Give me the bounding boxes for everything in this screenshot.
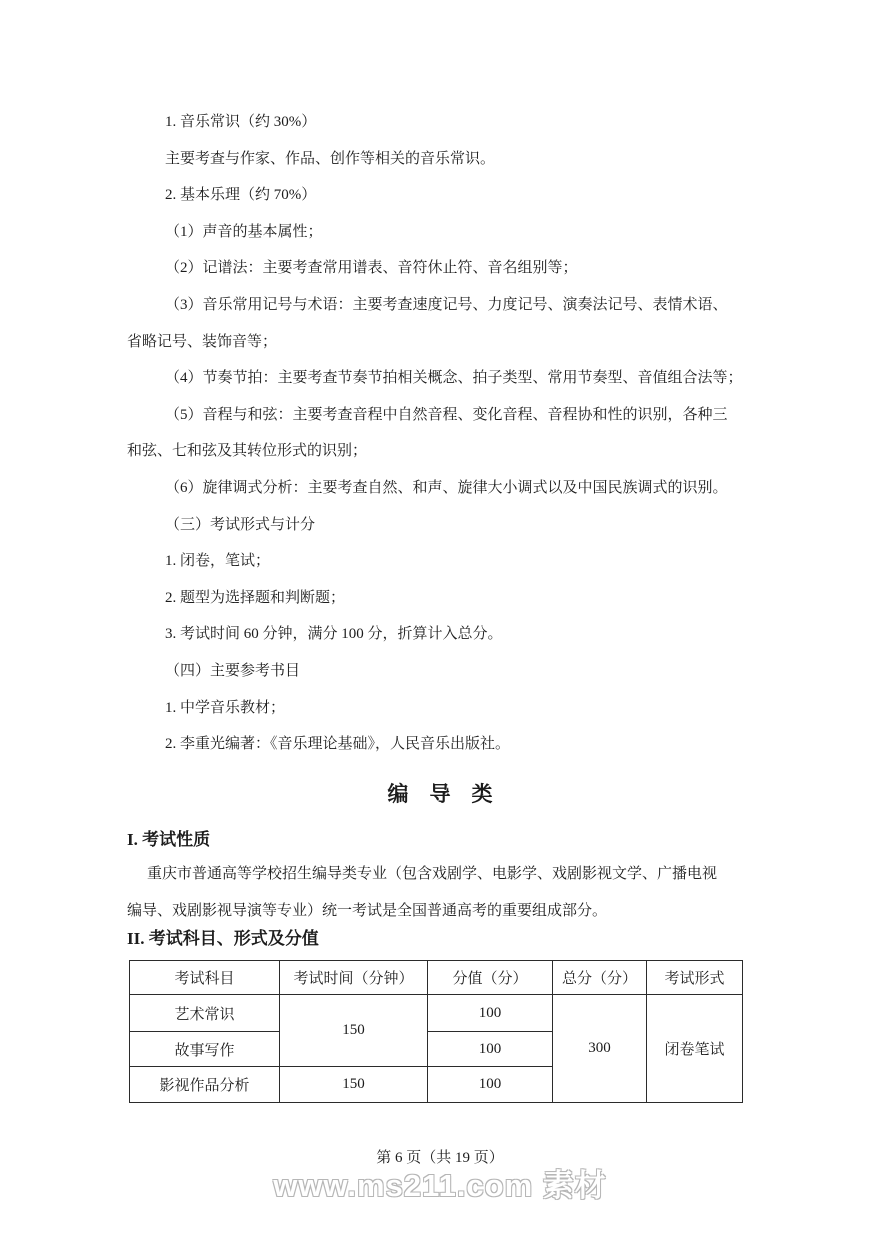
heading-exam-subjects: II. 考试科目、形式及分值: [127, 926, 319, 952]
table-cell-score: 100: [428, 1032, 553, 1067]
body-line: （6）旋律调式分析：主要考查自然、和声、旋律大小调式以及中国民族调式的识别。: [127, 470, 777, 507]
body-line: 编导、戏剧影视导演等专业）统一考试是全国普通高考的重要组成部分。: [127, 893, 777, 930]
body-line: 和弦、七和弦及其转位形式的识别；: [127, 433, 777, 470]
table-header-cell: 总分（分）: [553, 961, 647, 995]
scores-table: 考试科目 考试时间（分钟） 分值（分） 总分（分） 考试形式 艺术常识 150 …: [129, 960, 743, 1103]
document-page: 1. 音乐常识（约 30%） 主要考查与作家、作品、创作等相关的音乐常识。 2.…: [0, 0, 880, 1244]
body-line: 1. 音乐常识（约 30%）: [127, 104, 777, 141]
table-cell-time: 150: [280, 1067, 428, 1103]
heading-exam-nature: I. 考试性质: [127, 827, 210, 853]
body-line: 主要考查与作家、作品、创作等相关的音乐常识。: [127, 141, 777, 178]
exam-nature-paragraph: 重庆市普通高等学校招生编导类专业（包含戏剧学、电影学、戏剧影视文学、广播电视 编…: [127, 856, 777, 929]
body-line: 2. 题型为选择题和判断题；: [127, 580, 777, 617]
table-cell-subject: 影视作品分析: [130, 1067, 280, 1103]
table-header-cell: 考试形式: [647, 961, 743, 995]
table-cell-exam-form: 闭卷笔试: [647, 995, 743, 1103]
body-line: （3）音乐常用记号与术语：主要考查速度记号、力度记号、演奏法记号、表情术语、: [127, 287, 777, 324]
table-cell-time: 150: [280, 995, 428, 1067]
section-title: 编 导 类: [0, 779, 880, 809]
table-cell-score: 100: [428, 995, 553, 1032]
body-line: 重庆市普通高等学校招生编导类专业（包含戏剧学、电影学、戏剧影视文学、广播电视: [127, 856, 777, 893]
body-line: （4）节奏节拍：主要考查节奏节拍相关概念、拍子类型、常用节奏型、音值组合法等；: [127, 360, 777, 397]
table-header-cell: 考试时间（分钟）: [280, 961, 428, 995]
body-line: 3. 考试时间 60 分钟，满分 100 分，折算计入总分。: [127, 616, 777, 653]
body-line: 1. 闭卷，笔试；: [127, 543, 777, 580]
body-line: 省略记号、装饰音等；: [127, 324, 777, 361]
table-header-cell: 分值（分）: [428, 961, 553, 995]
table-header-cell: 考试科目: [130, 961, 280, 995]
table-cell-total: 300: [553, 995, 647, 1103]
table-row: 艺术常识 150 100 300 闭卷笔试: [130, 995, 743, 1032]
body-line: （三）考试形式与计分: [127, 507, 777, 544]
watermark: www.ms211.com 素材: [0, 1166, 880, 1206]
body-line: （四）主要参考书目: [127, 653, 777, 690]
music-section: 1. 音乐常识（约 30%） 主要考查与作家、作品、创作等相关的音乐常识。 2.…: [127, 104, 777, 763]
table-cell-score: 100: [428, 1067, 553, 1103]
table-header-row: 考试科目 考试时间（分钟） 分值（分） 总分（分） 考试形式: [130, 961, 743, 995]
table-cell-subject: 故事写作: [130, 1032, 280, 1067]
body-line: 2. 基本乐理（约 70%）: [127, 177, 777, 214]
table-cell-subject: 艺术常识: [130, 995, 280, 1032]
body-line: （2）记谱法：主要考查常用谱表、音符休止符、音名组别等；: [127, 250, 777, 287]
body-line: 1. 中学音乐教材；: [127, 690, 777, 727]
body-line: 2. 李重光编著：《音乐理论基础》，人民音乐出版社。: [127, 726, 777, 763]
body-line: （5）音程与和弦：主要考查音程中自然音程、变化音程、音程协和性的识别，各种三: [127, 397, 777, 434]
body-line: （1）声音的基本属性；: [127, 214, 777, 251]
